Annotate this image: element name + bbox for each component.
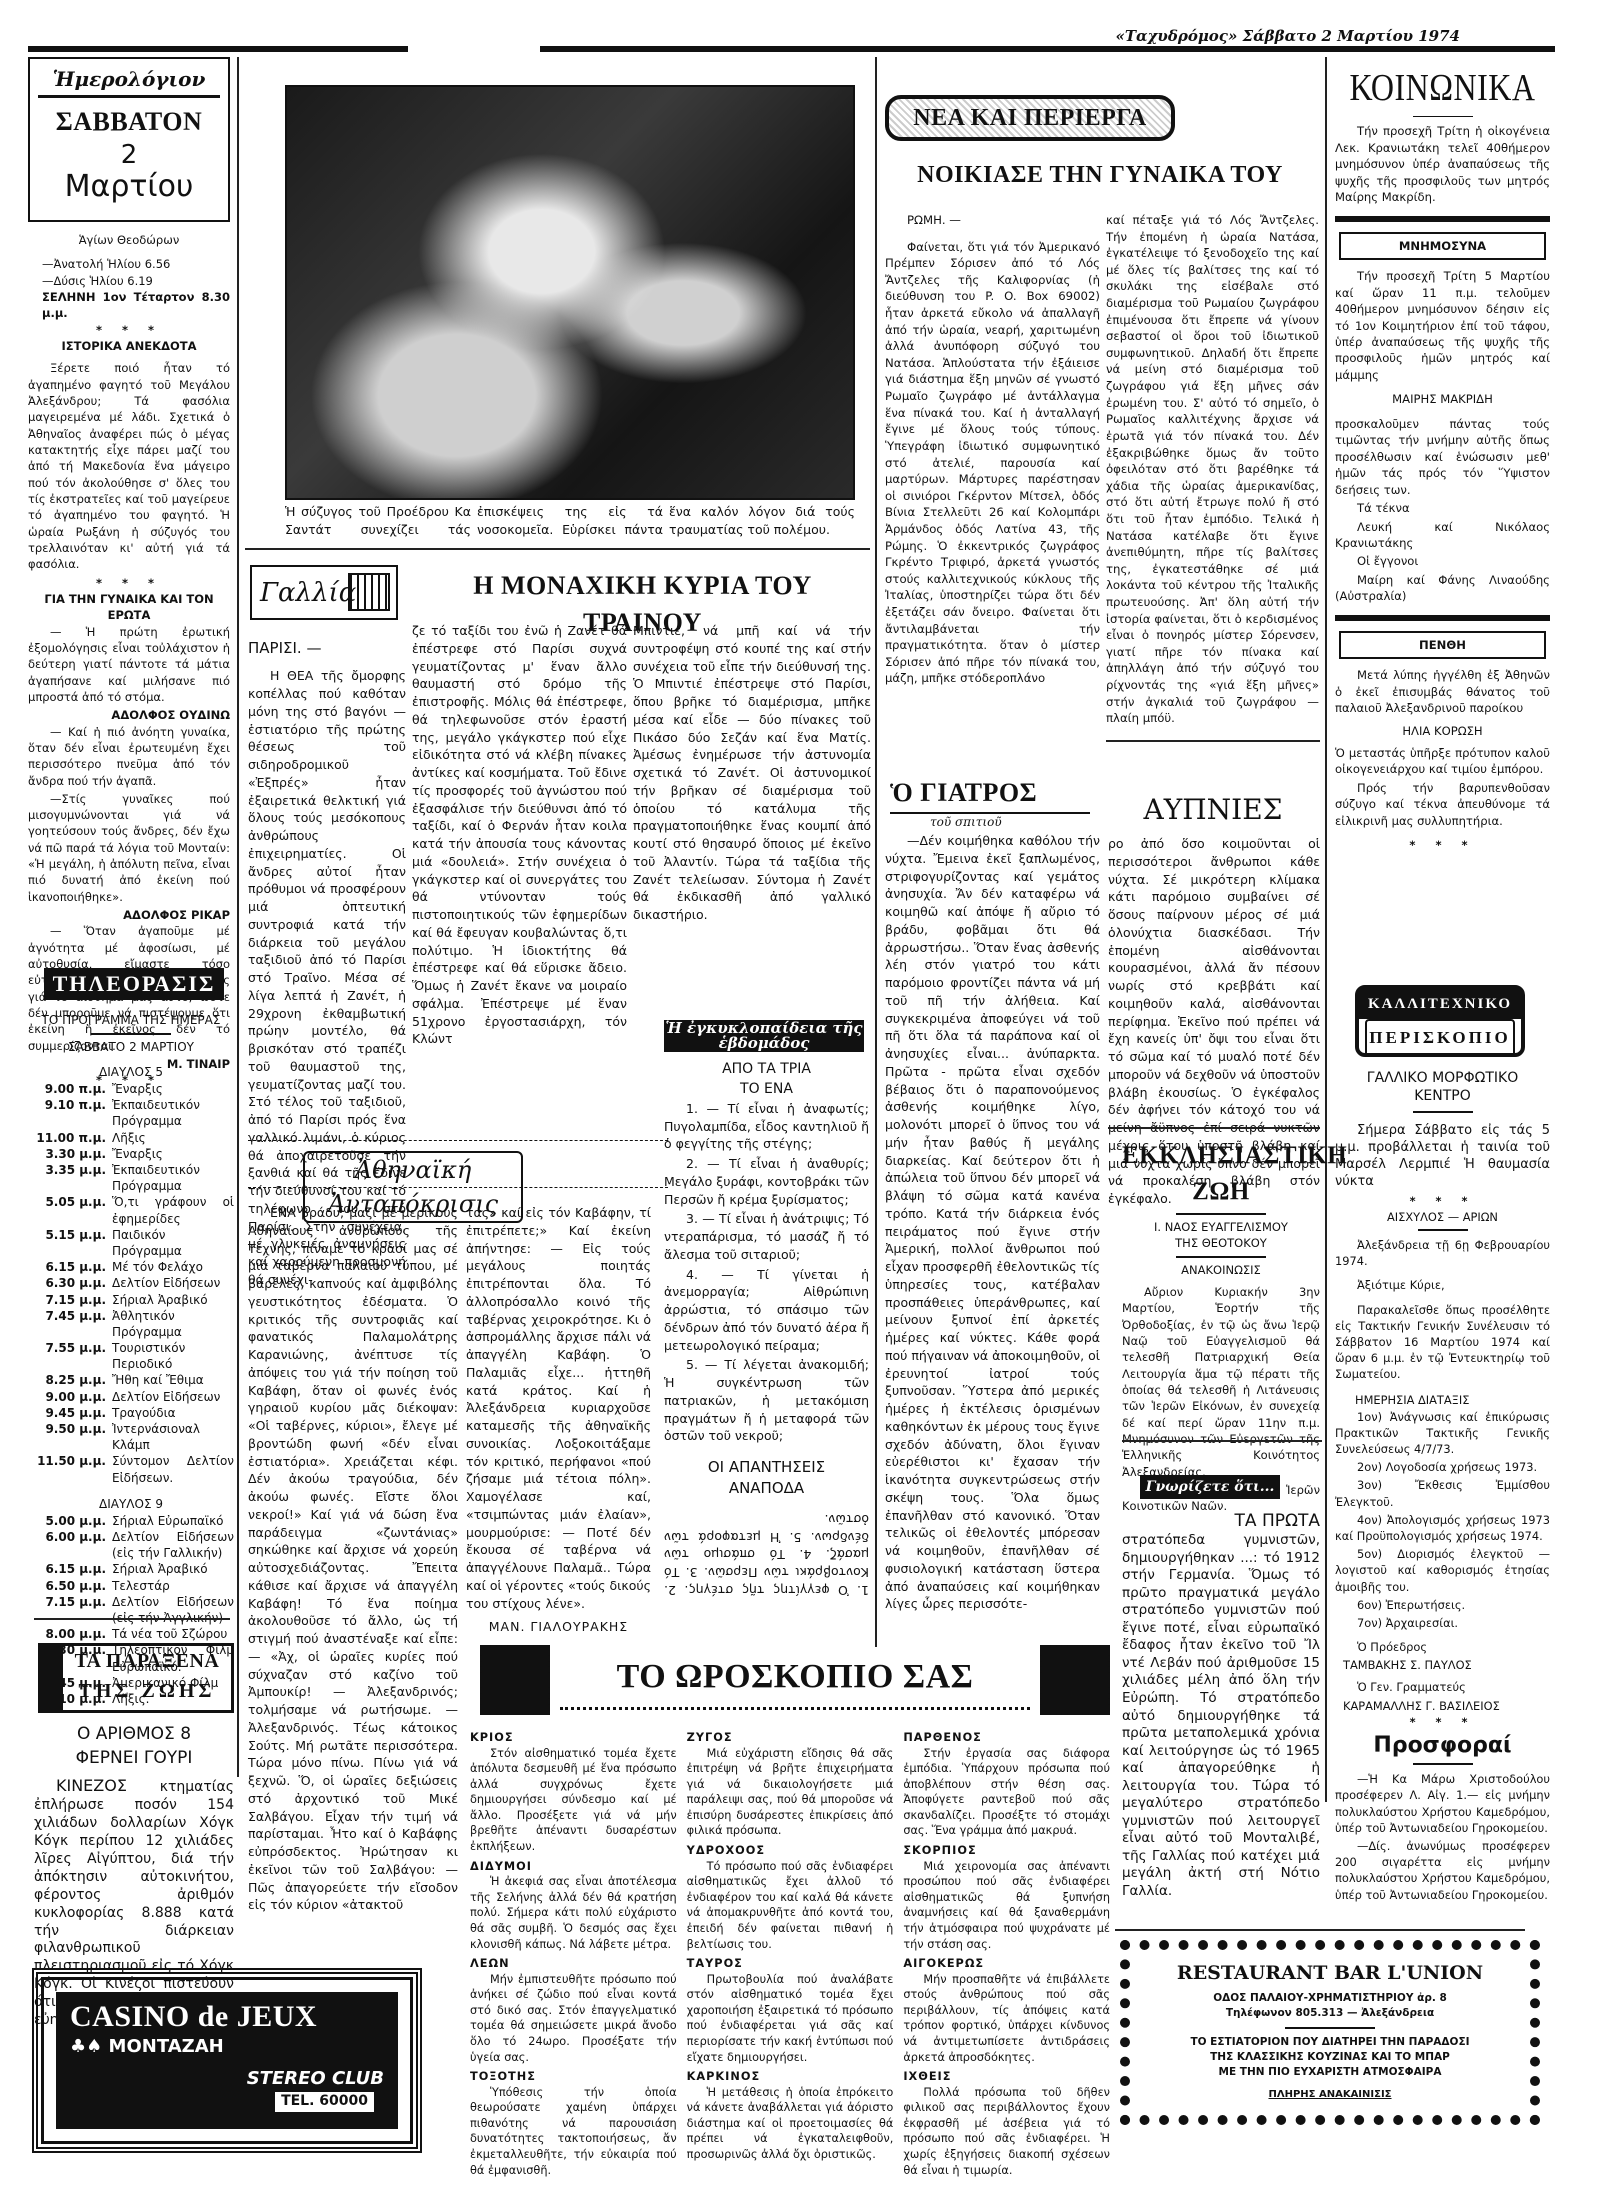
dateline: ΠΑΡΙΣΙ. — (248, 638, 406, 659)
did-you-know-title: ΤΑ ΠΡΩΤΑ (1122, 1510, 1320, 1532)
love-quote: — Ἡ πρώτη ἐρωτική ἐξομολόγησις εἶναι τοὐ… (28, 624, 230, 706)
tv-show: Δελτίον Εἰδήσεων (εἰς τήν Γαλλικήν) (112, 1529, 234, 1561)
tv-listing: 5.15 μ.μ.Παιδικόν Πρόγραμμα (28, 1227, 234, 1259)
casino-place: ♣♠ MONTAZAH (70, 2034, 384, 2060)
tv-time: 6.30 μ.μ. (28, 1275, 106, 1291)
article-text: —Δέν κοιμήθηκα καθόλου τήν νύχτα. Ἔμεινα… (885, 832, 1100, 1613)
periscope-line2: ΠΕΡΙΣΚΟΠΙΟ (1365, 1019, 1515, 1057)
train-story-col2: ζε τό ταξίδι του ἐνῶ ἡ Ζανέτ θά ἐπέστρεφ… (412, 622, 627, 1050)
zodiac-forecast: Τό πρόσωπο πού σᾶς ἐνδιαφέρει αἰσθηματικ… (687, 1859, 894, 1952)
column-rule (1325, 57, 1327, 1802)
channel-9-title: ΔΙΑΥΛΟΣ 9 (28, 1496, 234, 1513)
quiz-questions: 1. — Τί εἶναι ἡ ἀναφωτίς; Πυγολαμπίδα, ε… (664, 1100, 869, 1445)
tv-listing: 7.15 μ.μ.Σήριαλ Ἀραβικό (28, 1292, 234, 1308)
running-head: «Ταχυδρόμος» Σάββατο 2 Μαρτίου 1974 (1115, 26, 1460, 47)
tv-listing: 6.15 μ.μ.Μέ τόν Φελάχο (28, 1259, 234, 1275)
tv-listing: 9.45 μ.μ.Τραγούδια (28, 1405, 234, 1421)
tv-time: 11.00 π.μ. (28, 1130, 106, 1146)
mourning-name: ΗΛΙΑ ΚΟΡΩΣΗ (1335, 723, 1550, 739)
train-story-col3: Μπιντιέ, νά μπῆ καί νά τήν συντροφέψη στ… (633, 622, 871, 926)
masthead-rule-left (28, 46, 408, 52)
oddities-banner-line1: ΤΑ ΠΑΡΑΞΕΝΑ (63, 1646, 231, 1676)
agenda-list: 1ον) Ἀνάγνωσις καί ἐπικύρωσις Πρακτικῶν … (1335, 1409, 1550, 1631)
separator-stars: * * * (28, 322, 230, 338)
agenda-item: 2ον) Λογοδοσία χρήσεως 1973. (1335, 1459, 1550, 1475)
gallia-label-box: Γαλλία (250, 565, 398, 620)
casino-place-text: MONTAZAH (109, 2036, 224, 2057)
tv-banner: ΤΗΛΕΟΡΑΣΙΣ (44, 968, 224, 1000)
zodiac-sign-name: ΤΑΥΡΟΣ (687, 1956, 894, 1972)
tv-show: Παιδικόν Πρόγραμμα (112, 1227, 234, 1259)
tv-listing: 5.00 μ.μ.Σήριαλ Εὐρωπαϊκό (28, 1513, 234, 1529)
zodiac-forecast: Ὑπόθεσις τήν ὁποία θεωρούσατε χαμένη ὑπά… (470, 2085, 677, 2178)
news-col2: καί πέταξε γιά τό Λός Ἄντζελες. Τήν ἐπομ… (1106, 212, 1319, 729)
zodiac-forecast: Μήν προσπαθῆτε νά ἐπιβάλλετε στούς ἀνθρώ… (903, 1972, 1110, 2065)
quiz-question: 4. — Τί γίνεται ἡ ἀνεμορραγία; Αἰθρώπινη… (664, 1266, 869, 1355)
athenian-chronicle-banner: Ἀθηναϊκή Ἀνταπόκρισις (248, 1140, 668, 1188)
section-divider (1122, 1440, 1322, 1442)
tv-show: Δελτίον Εἰδήσεων (εἰς τήν Ἀγγλικήν) (112, 1594, 234, 1626)
casino-name: CASINO de JEUX (70, 2000, 384, 2034)
memorial-signature: Οἱ ἔγγονοι (1335, 553, 1550, 569)
horoscope-header: ΤΟ ΩΡΟΣΚΟΠΙΟ ΣΑΣ (480, 1645, 1110, 1720)
tv-show: Σήριαλ Ἀραβικό (112, 1292, 234, 1308)
horoscope-column: ΠΑΡΘΕΝΟΣΣτήν ἐργασία σας διάφορα ἐμπόδια… (903, 1726, 1110, 2178)
photo-caption-text: Ἡ σύζυγος τοῦ Προέδρου Κα Σαντάτ συνεχίζ… (285, 504, 855, 537)
president-name: ΤΑΜΒΑΚΗΣ Σ. ΠΑΥΛΟΣ (1335, 1657, 1550, 1673)
church-title-1: ΕΚΚΛΗΣΙΑΣΤΙΚΗ (1122, 1138, 1320, 1174)
memorial-text: προσκαλοῦμεν πάντας τούς τιμῶντας τήν μν… (1335, 416, 1550, 498)
restaurant-address: ΟΔΟΣ ΠΑΛΑΙΟΥ-ΧΡΗΜΑΤΙΣΤΗΡΙΟΥ ἀρ. 8 (1138, 1991, 1522, 2006)
quiz-title-1: ΑΠΟ ΤΑ ΤΡΙΑ (664, 1060, 869, 1080)
almanac-column: Ἁγίων Θεοδώρων —Ἀνατολή Ἡλίου 6.56 —Δύσι… (28, 232, 230, 1089)
tv-time: 9.50 μ.μ. (28, 1421, 106, 1453)
zodiac-forecast: Ἡ μετάθεσις ἡ ὁποία ἐπρόκειτο νά κάνετε … (687, 2085, 894, 2163)
tv-time: 5.00 μ.μ. (28, 1513, 106, 1529)
church-notice: ΕΚΚΛΗΣΙΑΣΤΙΚΗ ΖΩΗ Ι. ΝΑΟΣ ΕΥΑΓΓΕΛΙΣΜΟΥ Τ… (1122, 1138, 1320, 1517)
article-text: τας» καί εἰς τόν Καβάφην, τί ἐπιτρέπετε;… (466, 1204, 651, 1612)
tv-time: 7.15 μ.μ. (28, 1292, 106, 1308)
zodiac-forecast: Μιά εὐχάριστη εἴδησις θά σᾶς ἐπιτρέψη νά… (687, 1746, 894, 1839)
horoscope-grid: ΚΡΙΟΣΣτόν αἰσθηματικό τομέα ἔχετε ἀπόλυτ… (470, 1726, 1110, 2178)
channel-5-title: ΔΙΑΥΛΟΣ 5 (28, 1064, 234, 1081)
tv-listing: 7.45 μ.μ.Ἀθλητικόν Πρόγραμμα (28, 1308, 234, 1340)
answers-title-2: ΑΝΑΠΟΔΑ (664, 1478, 869, 1499)
almanac-date: 2 (30, 141, 228, 170)
memorial-signature: Μαίρη καί Φάνης Λιναούδης (Αὐστραλία) (1335, 572, 1550, 605)
answers-upside-down: 1. Ὁ φεγγίτης τῆς στέγης. 2. Κοντοβράκι … (664, 1510, 869, 1599)
tv-listing: 11.50 μ.μ.Σύντομον Δελτίον Εἰδήσεων. (28, 1453, 234, 1485)
donations-title: Προσφοραί (1335, 1730, 1550, 1761)
news-oddities-banner: ΝΕΑ ΚΑΙ ΠΕΡΙΕΡΓΑ (885, 95, 1175, 141)
building-icon (348, 573, 390, 611)
tv-listing: 8.00 μ.μ.Τά νέα τοῦ Σζώρου (28, 1626, 234, 1642)
tv-listing: 9.10 π.μ.Ἐκπαιδευτικόν Πρόγραμμα (28, 1097, 234, 1129)
restaurant-phone: Τηλέφωνον 805.313 — Ἀλεξάνδρεια (1138, 2006, 1522, 2021)
quiz-question: 1. — Τί εἶναι ἡ ἀναφωτίς; Πυγολαμπίδα, ε… (664, 1100, 869, 1153)
moon-phase: ΣΕΛΗΝΗ 1ον Τέταρτον 8.30 μ.μ. (28, 289, 230, 322)
column-rule (875, 57, 877, 1647)
zodiac-sign-name: ΥΔΡΟΧΟΟΣ (687, 1843, 894, 1859)
screening-notice: Σήμερα Σάββατο εἰς τάς 5 μ.μ. προβάλλετα… (1335, 1123, 1550, 1191)
club-title: ΑΙΣΧΥΛΟΣ — ΑΡΙΩΝ (1335, 1209, 1550, 1225)
zodiac-forecast: Στόν αἰσθηματικό τομέα ἔχετε ἀπόλυτα δεσ… (470, 1746, 677, 1855)
separator-stars: * * * (28, 575, 230, 591)
horoscope-column: ΚΡΙΟΣΣτόν αἰσθηματικό τομέα ἔχετε ἀπόλυτ… (470, 1726, 677, 2178)
news-oddities-title: ΝΟΙΚΙΑΣΕ ΤΗΝ ΓΥΝΑΙΚΑ ΤΟΥ (885, 158, 1315, 192)
tv-show: Σήριαλ Ἀραβικό (112, 1561, 234, 1577)
tv-listing: 9.00 μ.μ.Δελτίον Εἰδήσεων (28, 1389, 234, 1405)
tv-time: 7.15 μ.μ. (28, 1594, 106, 1626)
tv-time: 6.15 μ.μ. (28, 1561, 106, 1577)
column-rule (237, 57, 239, 1777)
dateline: ΡΩΜΗ. — (907, 212, 1100, 229)
doctor-sublabel: τοῦ σπιτιοῦ (930, 814, 1090, 831)
tv-time: 5.15 μ.μ. (28, 1227, 106, 1259)
zodiac-sign-name: ΚΑΡΚΙΝΟΣ (687, 2069, 894, 2085)
casino-ad-panel: CASINO de JEUX ♣♠ MONTAZAH STEREO CLUB T… (56, 1992, 398, 2129)
agenda-item: 7ον) Ἀρχαιρεσίαι. (1335, 1615, 1550, 1631)
donation-text: —Ἡ Κα Μάρω Χριστοδούλου προσέφερεν Λ. Αἰ… (1335, 1771, 1550, 1836)
tv-show: Ἰντερνάσιοναλ Κλάμπ (112, 1421, 234, 1453)
zodiac-sign-name: ΠΑΡΘΕΝΟΣ (903, 1730, 1110, 1746)
tv-time: 6.00 μ.μ. (28, 1529, 106, 1561)
tv-date: ΣΑΒΒΑΤΟ 2 ΜΑΡΤΙΟΥ (28, 1039, 234, 1056)
tv-subtitle: ΤΟ ΠΡΟΓΡΑΜΜΑ ΤΗΣ ΗΜΕΡΑΣ (28, 1012, 234, 1029)
tv-show: Ἐκπαιδευτικόν Πρόγραμμα (112, 1162, 234, 1194)
tv-time: 8.00 μ.μ. (28, 1626, 106, 1642)
casino-ad[interactable]: CASINO de JEUX ♣♠ MONTAZAH STEREO CLUB T… (32, 1968, 422, 2153)
zodiac-sign-name: ΑΙΓΟΚΕΡΩΣ (903, 1956, 1110, 1972)
horoscope-column: ΖΥΓΟΣΜιά εὐχάριστη εἴδησις θά σᾶς ἐπιτρέ… (687, 1726, 894, 2178)
oddities-banner-line2: ΤΗΣ ΖΩΗΣ (63, 1676, 231, 1706)
tv-show: Τουριστικόν Περιοδικό (112, 1340, 234, 1372)
periscope-column: ΓΑΛΛΙΚΟ ΜΟΡΦΩΤΙΚΟ ΚΕΝΤΡΟ Σήμερα Σάββατο … (1335, 1070, 1550, 1905)
answers-title-1: ΟΙ ΑΠΑΝΤΗΣΕΙΣ (664, 1457, 869, 1478)
love-section-title: ΓΙΑ ΤΗΝ ΓΥΝΑΙΚΑ ΚΑΙ ΤΟΝ ΕΡΩΤΑ (28, 591, 230, 624)
channel-5-list: 9.00 π.μ.Ἔναρξις9.10 π.μ.Ἐκπαιδευτικόν Π… (28, 1081, 234, 1486)
zodiac-forecast: Στήν ἐργασία σας διάφορα ἐμπόδια. Ὑπάρχο… (903, 1746, 1110, 1839)
comet-icon (41, 1646, 63, 1710)
zodiac-sign-name: ΚΡΙΟΣ (470, 1730, 677, 1746)
news-oddities-label: ΝΕΑ ΚΑΙ ΠΕΡΙΕΡΓΑ (889, 99, 1171, 137)
tv-time: 9.10 π.μ. (28, 1097, 106, 1129)
club-date: Ἀλεξάνδρεια τῇ 6ῃ Φεβρουαρίου 1974. (1335, 1237, 1550, 1269)
libra-icon (1040, 1645, 1110, 1715)
restaurant-line3: ΜΕ ΤΗΝ ΠΙΟ ΕΥΧΑΡΙΣΤΗ ΑΤΜΟΣΦΑΙΡΑ (1138, 2065, 1522, 2080)
restaurant-footer: ΠΛΗΡΗΣ ΑΝΑΚΑΙΝΙΣΙΣ (1138, 2088, 1522, 2102)
article-text: καί πέταξε γιά τό Λός Ἄντζελες. Τήν ἐπομ… (1106, 212, 1319, 727)
secretary-name: ΚΑΡΑΜΑΛΛΗΣ Γ. ΒΑΣΙΛΕΙΟΣ (1335, 1698, 1550, 1714)
news-photo (285, 85, 855, 500)
tv-listing: 6.15 μ.μ.Σήριαλ Ἀραβικό (28, 1561, 234, 1577)
tv-show: Τελεστάρ (112, 1578, 234, 1594)
tv-time: 9.45 μ.μ. (28, 1405, 106, 1421)
tv-listing: 6.50 μ.μ.Τελεστάρ (28, 1578, 234, 1594)
quote-author: ΑΔΟΛΦΟΣ ΟΥΔΙΝΩ (28, 707, 230, 723)
quote-author: ΑΔΟΛΦΟΣ ΡΙΚΑΡ (28, 907, 230, 923)
agenda-item: 4ον) Ἀπολογισμός χρήσεως 1973 καί Προϋπο… (1335, 1512, 1550, 1544)
tv-listing: 6.00 μ.μ.Δελτίον Εἰδήσεων (εἰς τήν Γαλλι… (28, 1529, 234, 1561)
casino-club: STEREO CLUB (247, 2066, 384, 2092)
zodiac-sign-name: ΔΙΔΥΜΟΙ (470, 1859, 677, 1875)
did-you-know-body: στρατόπεδα γυμνιστῶν, δημιουργήθηκαν ...… (1122, 1532, 1320, 1900)
sunset: —Δύσις Ἡλίου 6.19 (28, 273, 230, 289)
aries-icon (480, 1645, 550, 1715)
mourning-text: Πρός τήν βαρυπενθοῦσαν σύζυγο καί τέκνα … (1335, 780, 1550, 829)
tv-listing: 7.55 μ.μ.Τουριστικόν Περιοδικό (28, 1340, 234, 1372)
doctor-title: ΑΥΠΝΙΕΣ (1106, 790, 1320, 830)
almanac-month: Μαρτίου (30, 170, 228, 203)
quiz-title-2: ΤΟ ΕΝΑ (664, 1080, 869, 1100)
restaurant-line1: ΤΟ ΕΣΤΙΑΤΟΡΙΟΝ ΠΟΥ ΔΙΑΤΗΡΕΙ ΤΗΝ ΠΑΡΑΔΟΣΙ (1138, 2035, 1522, 2050)
tv-listing: 8.25 μ.μ.Ἤθη καί Ἔθιμα (28, 1372, 234, 1388)
memorial-text: Τήν προσεχῆ Τρίτη 5 Μαρτίου καί ὥραν 11 … (1335, 268, 1550, 383)
tv-time: 7.45 μ.μ. (28, 1308, 106, 1340)
love-quote: — Καί ἡ πιό ἀνόητη γυναίκα, ὅταν δέν εἶν… (28, 724, 230, 789)
tv-time: 9.00 μ.μ. (28, 1389, 106, 1405)
zodiac-forecast: Ἡ ἀκεφιά σας εἶναι ἀποτέλεσμα τῆς Σελήνη… (470, 1874, 677, 1952)
zodiac-sign-name: ΙΧΘΕΙΣ (903, 2069, 1110, 2085)
memorial-title: ΜΝΗΜΟΣΥΝΑ (1339, 232, 1546, 260)
tv-time: 7.55 μ.μ. (28, 1340, 106, 1372)
restaurant-name: RESTAURANT BAR L'UNION (1138, 1960, 1522, 1987)
periscope-banner: ΚΑΛΛΙΤΕΧΝΙΚΟ ΠΕΡΙΣΚΟΠΙΟ (1355, 985, 1525, 1057)
almanac-label: Ἡμερολόγιον (38, 65, 220, 98)
memorial-name: ΜΑΙΡΗΣ ΜΑΚΡΙΔΗ (1335, 391, 1550, 407)
tv-show: Σήριαλ Εὐρωπαϊκό (112, 1513, 234, 1529)
section-divider (1108, 1127, 1320, 1129)
separator-stars: * * * (1335, 1714, 1550, 1730)
agenda-item: 5ον) Διορισμός ἐλεγκτοῦ — λογιστοῦ καί κ… (1335, 1546, 1550, 1595)
love-quote: —Στίς γυναῖκες πού μισογυμνώνονται γιά ν… (28, 791, 230, 905)
periscope-line1: ΚΑΛΛΙΤΕΧΝΙΚΟ (1359, 989, 1521, 1019)
author: ΜΑΝ. ΓΙΑΛΟΥΡΑΚΗΣ (466, 1618, 651, 1636)
zodiac-forecast: Μήν ἐμπιστευθῆτε πρόσωπο πού ἀνήκει σέ ζ… (470, 1972, 677, 2065)
news-col1: ΡΩΜΗ. — Φαίνεται, ὅτι γιά τόν Ἀμερικανό … (885, 212, 1100, 689)
tv-show: Τραγούδια (112, 1405, 234, 1421)
section-divider (34, 1618, 230, 1620)
tv-schedule: ΤΟ ΠΡΟΓΡΑΜΜΑ ΤΗΣ ΗΜΕΡΑΣ ΣΑΒΒΑΤΟ 2 ΜΑΡΤΙΟ… (28, 1012, 234, 1707)
tv-show: Ἔναρξις (112, 1081, 234, 1097)
tv-show: Σύντομον Δελτίον Εἰδήσεων. (112, 1453, 234, 1485)
oddities-title-2: ΦΕΡΝΕΙ ΓΟΥΡΙ (34, 1746, 234, 1770)
tv-time: 3.35 μ.μ. (28, 1162, 106, 1194)
social-column: ΚΟΙΝΩΝΙΚΑ Τήν προσεχῆ Τρίτη ἡ οἰκογένεια… (1335, 65, 1550, 862)
tv-listing: 3.30 μ.μ.Ἔναρξις (28, 1146, 234, 1162)
section-divider (1106, 740, 1320, 742)
zodiac-forecast: Πολλά πρόσωπα τοῦ δῆθεν φιλικοῦ σας περι… (903, 2085, 1110, 2178)
separator-stars: * * * (1335, 1193, 1550, 1209)
tv-listing: 7.15 μ.μ.Δελτίον Εἰδήσεων (εἰς τήν Ἀγγλι… (28, 1594, 234, 1626)
doctor-banner: Ὁ ΓΙΑΤΡΟΣ τοῦ σπιτιοῦ (890, 775, 1090, 825)
tv-listing: 9.00 π.μ.Ἔναρξις (28, 1081, 234, 1097)
section-divider (1115, 1929, 1525, 1931)
church-body: Αὔριον Κυριακήν 3ην Μαρτίου, Ἑορτήν τῆς … (1122, 1284, 1320, 1480)
tv-show: Ἀθλητικόν Πρόγραμμα (112, 1308, 234, 1340)
photo-caption: Ἡ σύζυγος τοῦ Προέδρου Κα Σαντάτ συνεχίζ… (285, 503, 855, 539)
quiz-question: 3. — Τί εἶναι ἡ ἀνάτριψις; Τό ντεραπάρισ… (664, 1210, 869, 1263)
tv-show: Ὅ,τι γράφουν οἱ ἐφημερίδες (112, 1194, 234, 1226)
tv-show: Ἤθη καί Ἔθιμα (112, 1372, 234, 1388)
tv-listing: 3.35 μ.μ.Ἐκπαιδευτικόν Πρόγραμμα (28, 1162, 234, 1194)
mourning-text: Ὁ μεταστάς ὑπῆρξε πρότυπον καλοῦ οἰκογεν… (1335, 745, 1550, 778)
tv-time: 3.30 μ.μ. (28, 1146, 106, 1162)
article-text: Φαίνεται, ὅτι γιά τόν Ἀμερικανό Πρέμπεν … (885, 239, 1100, 687)
card-suits-icon: ♣♠ (70, 2036, 109, 2057)
tv-time: 9.00 π.μ. (28, 1081, 106, 1097)
agenda-item: 3ον) Ἔκθεσις Ἐμμίσθου Ἐλεγκτοῦ. (1335, 1477, 1550, 1509)
tv-time: 6.15 μ.μ. (28, 1259, 106, 1275)
quiz-question: 5. — Τί λέγεται ἀνακομιδή; Ἡ συγκέντρωση… (664, 1356, 869, 1445)
athenian-col1: ΕΝΑ βράδυ, μαζί μέ μερικούς Ἀθηναίους ἀν… (248, 1204, 458, 1916)
saint-day: Ἁγίων Θεοδώρων (28, 232, 230, 248)
memorial-signature: Τά τέκνα (1335, 500, 1550, 516)
club-body: Παρακαλεῖσθε ὅπως προσέλθητε εἰς Τακτική… (1335, 1302, 1550, 1383)
oddities-title-1: Ο ΑΡΙΘΜΟΣ 8 (34, 1722, 234, 1746)
secretary-label: Ὁ Γεν. Γραμματεύς (1335, 1679, 1550, 1695)
donation-text: —Δίς. ἀνωνύμως προσέφερεν 200 σιγαρέττα … (1335, 1838, 1550, 1903)
tv-show: Δελτίον Εἰδήσεων (112, 1275, 234, 1291)
social-notice: Τήν προσεχῆ Τρίτη ἡ οἰκογένεια Λεκ. Κραν… (1335, 123, 1550, 205)
almanac-box: Ἡμερολόγιον ΣΑΒΒΑΤΟΝ 2 Μαρτίου (28, 57, 230, 222)
tv-show: Ἔναρξις (112, 1146, 234, 1162)
article-text: Μπιντιέ, νά μπῆ καί νά τήν συντροφέψη στ… (633, 622, 871, 924)
agenda-item: 1ον) Ἀνάγνωσις καί ἐπικύρωσις Πρακτικῶν … (1335, 1409, 1550, 1458)
restaurant-ad[interactable]: RESTAURANT BAR L'UNION ΟΔΟΣ ΠΑΛΑΙΟΥ-ΧΡΗΜ… (1120, 1940, 1540, 2125)
casino-tel: TEL. 60000 (275, 2092, 374, 2112)
tv-time: 8.25 μ.μ. (28, 1372, 106, 1388)
anecdote-text: Ξέρετε ποιό ἦταν τό ἀγαπημένο φαγητό τοῦ… (28, 360, 230, 572)
president-label: Ὁ Πρόεδρος (1335, 1639, 1550, 1655)
restaurant-line2: ΤΗΣ ΚΛΑΣΣΙΚΗΣ ΚΟΥΖΙΝΑΣ ΚΑΙ ΤΟ ΜΠΑΡ (1138, 2050, 1522, 2065)
quiz-banner: Ἡ ἐγκυκλοπαίδεια τῆς ἑβδομάδος (664, 1020, 864, 1052)
lead-word: ΚΙΝΕΖΟΣ (56, 1776, 127, 1795)
tv-show: Ἐκπαιδευτικόν Πρόγραμμα (112, 1097, 234, 1129)
memorial-signature: Λευκή καί Νικόλαος Κρανιωτάκης (1335, 519, 1550, 552)
tv-listing: 9.50 μ.μ.Ἰντερνάσιοναλ Κλάμπ (28, 1421, 234, 1453)
tv-listing: 5.05 μ.μ.Ὅ,τι γράφουν οἱ ἐφημερίδες (28, 1194, 234, 1226)
tv-time: 5.05 μ.μ. (28, 1194, 106, 1226)
horoscope-title: ΤΟ ΩΡΟΣΚΟΠΙΟ ΣΑΣ (560, 1653, 1030, 1710)
tv-listing: 6.30 μ.μ.Δελτίον Εἰδήσεων (28, 1275, 234, 1291)
zodiac-sign-name: ΖΥΓΟΣ (687, 1730, 894, 1746)
tv-time: 11.50 μ.μ. (28, 1453, 106, 1485)
anecdotes-title: ΙΣΤΟΡΙΚΑ ΑΝΕΚΔΟΤΑ (28, 338, 230, 354)
separator-stars: * * * (1335, 837, 1550, 853)
church-title-2: ΖΩΗ (1122, 1174, 1320, 1210)
agenda-title: ΗΜΕΡΗΣΙΑ ΔΙΑΤΑΞΙΣ (1335, 1392, 1550, 1408)
oddities-banner: ΤΑ ΠΑΡΑΞΕΝΑ ΤΗΣ ΖΩΗΣ (38, 1643, 234, 1713)
section-divider (245, 548, 870, 550)
almanac-day: ΣΑΒΒΑΤΟΝ (30, 104, 228, 141)
agenda-item: 6ον) Ἐπερωτήσεις. (1335, 1597, 1550, 1613)
mourning-text: Μετά λύπης ἠγγέλθη ἐξ Ἀθηνῶν ὁ ἐκεῖ ἐπισ… (1335, 667, 1550, 716)
quiz-question: 2. — Τί εἶναι ἡ ἀναθυρίς; Μεγάλο ξυράφι,… (664, 1155, 869, 1208)
zodiac-sign-name: ΤΟΞΟΤΗΣ (470, 2069, 677, 2085)
zodiac-sign-name: ΣΚΟΡΠΙΟΣ (903, 1843, 1110, 1859)
mourning-title: ΠΕΝΘΗ (1339, 631, 1546, 659)
athenian-col2: τας» καί εἰς τόν Καβάφην, τί ἐπιτρέπετε;… (466, 1204, 651, 1636)
tv-show: Λῆξις (112, 1130, 234, 1146)
church-notice-title: ΑΝΑΚΟΙΝΩΣΙΣ (1122, 1262, 1320, 1278)
tv-listing: 11.00 π.μ.Λῆξις (28, 1130, 234, 1146)
article-text: ΕΝΑ βράδυ, μαζί μέ μερικούς Ἀθηναίους ἀν… (248, 1204, 458, 1914)
church-sub-2: ΤΗΣ ΘΕΟΤΟΚΟΥ (1122, 1235, 1320, 1251)
article-text: ζε τό ταξίδι του ἐνῶ ἡ Ζανέτ θά ἐπέστρεφ… (412, 622, 627, 1048)
tv-show: Μέ τόν Φελάχο (112, 1259, 234, 1275)
did-you-know-banner: Γνωρίζετε ὅτι... (1140, 1475, 1280, 1499)
club-salute: Ἀξιότιμε Κύριε, (1335, 1277, 1550, 1293)
social-title: ΚΟΙΝΩΝΙΚΑ (1335, 60, 1550, 115)
quiz-column: ΑΠΟ ΤΑ ΤΡΙΑ ΤΟ ΕΝΑ 1. — Τί εἶναι ἡ ἀναφω… (664, 1060, 869, 1600)
sunrise: —Ἀνατολή Ἡλίου 6.56 (28, 256, 230, 272)
zodiac-forecast: Πρωτοβουλία πού ἀναλάβατε στόν αἰσθηματι… (687, 1972, 894, 2065)
doctor-col1: —Δέν κοιμήθηκα καθόλου τήν νύχτα. Ἔμεινα… (885, 832, 1100, 1615)
tv-show: Δελτίον Εἰδήσεων (112, 1389, 234, 1405)
zodiac-sign-name: ΛΕΩΝ (470, 1956, 677, 1972)
tv-time: 6.50 μ.μ. (28, 1578, 106, 1594)
cultural-center-title: ΓΑΛΛΙΚΟ ΜΟΡΦΩΤΙΚΟ ΚΕΝΤΡΟ (1335, 1070, 1550, 1105)
did-you-know-article: ΤΑ ΠΡΩΤΑ στρατόπεδα γυμνιστῶν, δημιουργή… (1122, 1510, 1320, 1903)
doctor-label: Ὁ ΓΙΑΤΡΟΣ (890, 775, 1090, 814)
zodiac-forecast: Μιά χειρονομία σας ἀπέναντι προσώπου πού… (903, 1859, 1110, 1952)
tv-show: Τά νέα τοῦ Σζώρου (112, 1626, 234, 1642)
church-sub-1: Ι. ΝΑΟΣ ΕΥΑΓΓΕΛΙΣΜΟΥ (1122, 1219, 1320, 1235)
